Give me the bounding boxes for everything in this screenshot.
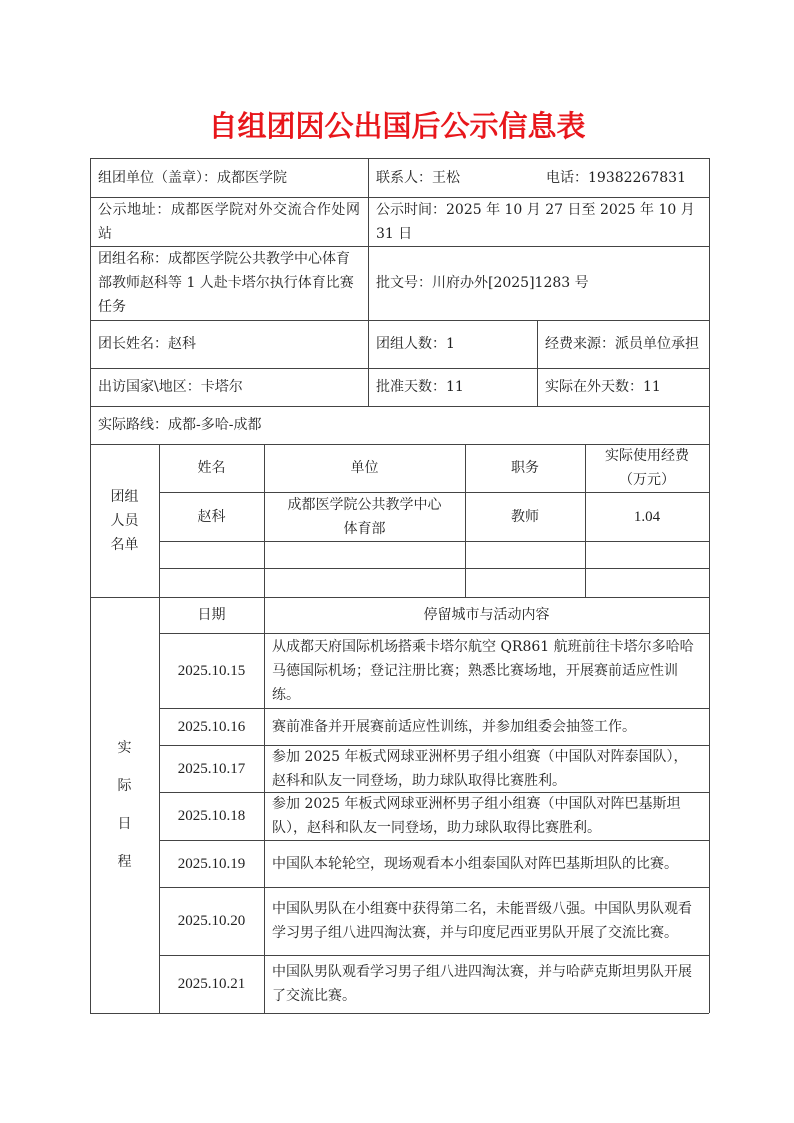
itinerary-activity: 参加 2025 年板式网球亚洲杯男子组小组赛（中国队对阵巴基斯坦队），赵科和队友…	[264, 792, 709, 840]
activity-text: 参加 2025 年板式网球亚洲杯男子组小组赛（中国队对阵巴基斯坦队），赵科和队友…	[272, 792, 701, 840]
date-text: 2025.10.17	[178, 757, 246, 781]
itinerary-date: 2025.10.20	[159, 887, 264, 955]
itinerary-section-label: 实 际 日 程	[90, 597, 159, 1013]
itinerary-activity: 参加 2025 年板式网球亚洲杯男子组小组赛（中国队对阵泰国队），赵科和队友一同…	[264, 745, 709, 792]
activity-text: 中国队男队在小组赛中获得第二名，未能晋级八强。中国队男队观看学习男子组八进四淘汰…	[272, 897, 701, 945]
phone-text: 电话：19382267831	[546, 166, 686, 190]
publish-time-field: 公示时间：2025 年 10 月 27 日至 2025 年 10 月 31 日	[368, 197, 709, 246]
member-position: 教师	[465, 492, 585, 541]
actual-days-field: 实际在外天数：11	[537, 368, 709, 406]
publish-site-field: 公示地址：成都医学院对外交流合作处网站	[90, 197, 368, 246]
header-text: 单位	[351, 456, 379, 480]
col-header-fee: 实际使用经费 （万元）	[585, 444, 709, 492]
date-text: 2025.10.21	[178, 972, 246, 996]
label-char: 际	[118, 767, 132, 805]
route-text: 实际路线：成都-多哈-成都	[98, 413, 261, 437]
col-header-name: 姓名	[159, 444, 264, 492]
itinerary-activity: 赛前准备并开展赛前适应性训练，并参加组委会抽签工作。	[264, 708, 709, 745]
col-header-activity: 停留城市与活动内容	[264, 597, 709, 633]
approval-no-text: 批文号：川府办外[2025]1283 号	[376, 271, 589, 295]
leader-field: 团长姓名：赵科	[90, 320, 368, 368]
date-text: 2025.10.16	[178, 715, 246, 739]
itinerary-date: 2025.10.19	[159, 840, 264, 887]
header-text: 停留城市与活动内容	[424, 603, 550, 627]
activity-text: 从成都天府国际机场搭乘卡塔尔航空 QR861 航班前往卡塔尔多哈哈马德国际机场；…	[272, 635, 701, 707]
members-section-label: 团组 人员 名单	[90, 444, 159, 597]
date-text: 2025.10.15	[178, 659, 246, 683]
member-name: 赵科	[159, 492, 264, 541]
col-header-position: 职务	[465, 444, 585, 492]
itinerary-date: 2025.10.21	[159, 955, 264, 1013]
col-header-unit: 单位	[264, 444, 465, 492]
itinerary-date: 2025.10.16	[159, 708, 264, 745]
itinerary-activity: 中国队男队观看学习男子组八进四淘汰赛，并与哈萨克斯坦男队开展了交流比赛。	[264, 955, 709, 1013]
activity-text: 中国队男队观看学习男子组八进四淘汰赛，并与哈萨克斯坦男队开展了交流比赛。	[272, 960, 701, 1008]
date-text: 2025.10.19	[178, 852, 246, 876]
header-text: 姓名	[198, 456, 226, 480]
member-unit-text: 体育部	[344, 517, 386, 541]
itinerary-activity: 中国队男队在小组赛中获得第二名，未能晋级八强。中国队男队观看学习男子组八进四淘汰…	[264, 887, 709, 955]
date-text: 2025.10.18	[178, 804, 246, 828]
destination-field: 出访国家\地区：卡塔尔	[90, 368, 368, 406]
group-size-text: 团组人数：1	[376, 332, 455, 356]
header-text: （万元）	[619, 468, 675, 492]
itinerary-activity: 中国队本轮轮空，现场观看本小组泰国队对阵巴基斯坦队的比赛。	[264, 840, 709, 887]
activity-text: 参加 2025 年板式网球亚洲杯男子组小组赛（中国队对阵泰国队），赵科和队友一同…	[272, 745, 701, 793]
member-fee-text: 1.04	[634, 505, 660, 529]
funding-source-text: 经费来源：派员单位承担	[545, 332, 699, 356]
page-title: 自组团因公出国后公示信息表	[0, 104, 794, 145]
activity-text: 赛前准备并开展赛前适应性训练，并参加组委会抽签工作。	[272, 715, 636, 739]
itinerary-date: 2025.10.17	[159, 745, 264, 792]
route-field: 实际路线：成都-多哈-成都	[90, 406, 709, 444]
contact-field: 联系人：王松	[368, 158, 538, 197]
itinerary-date: 2025.10.15	[159, 633, 264, 708]
date-text: 2025.10.20	[178, 909, 246, 933]
org-unit-text: 组团单位（盖章）：成都医学院	[98, 166, 287, 190]
org-unit-field: 组团单位（盖章）：成都医学院	[90, 158, 368, 197]
header-text: 职务	[511, 456, 539, 480]
member-unit: 成都医学院公共教学中心 体育部	[264, 492, 465, 541]
group-name-text: 团组名称：成都医学院公共教学中心体育部教师赵科等 1 人赴卡塔尔执行体育比赛任务	[98, 247, 360, 319]
group-size-field: 团组人数：1	[368, 320, 537, 368]
destination-text: 出访国家\地区：卡塔尔	[98, 375, 243, 399]
approved-days-field: 批准天数：11	[368, 368, 537, 406]
phone-field: 电话：19382267831	[538, 158, 709, 197]
funding-source-field: 经费来源：派员单位承担	[537, 320, 709, 368]
member-fee: 1.04	[585, 492, 709, 541]
contact-text: 联系人：王松	[376, 166, 460, 190]
label-line: 团组	[111, 485, 139, 509]
header-text: 日期	[198, 603, 226, 627]
member-unit-text: 成都医学院公共教学中心	[288, 493, 442, 517]
header-text: 实际使用经费	[605, 444, 689, 468]
label-char: 程	[118, 843, 132, 881]
label-char: 实	[118, 729, 132, 767]
label-line: 人员	[111, 509, 139, 533]
publish-time-text: 公示时间：2025 年 10 月 27 日至 2025 年 10 月 31 日	[376, 198, 701, 246]
group-name-field: 团组名称：成都医学院公共教学中心体育部教师赵科等 1 人赴卡塔尔执行体育比赛任务	[90, 246, 368, 320]
actual-days-text: 实际在外天数：11	[545, 375, 661, 399]
label-char: 日	[118, 805, 132, 843]
itinerary-date: 2025.10.18	[159, 792, 264, 840]
publish-site-text: 公示地址：成都医学院对外交流合作处网站	[98, 198, 360, 246]
leader-text: 团长姓名：赵科	[98, 332, 196, 356]
activity-text: 中国队本轮轮空，现场观看本小组泰国队对阵巴基斯坦队的比赛。	[272, 852, 678, 876]
member-position-text: 教师	[511, 505, 539, 529]
member-name-text: 赵科	[198, 505, 226, 529]
col-header-date: 日期	[159, 597, 264, 633]
approval-no-field: 批文号：川府办外[2025]1283 号	[368, 246, 709, 320]
itinerary-activity: 从成都天府国际机场搭乘卡塔尔航空 QR861 航班前往卡塔尔多哈哈马德国际机场；…	[264, 633, 709, 708]
approved-days-text: 批准天数：11	[376, 375, 464, 399]
label-line: 名单	[111, 533, 139, 557]
